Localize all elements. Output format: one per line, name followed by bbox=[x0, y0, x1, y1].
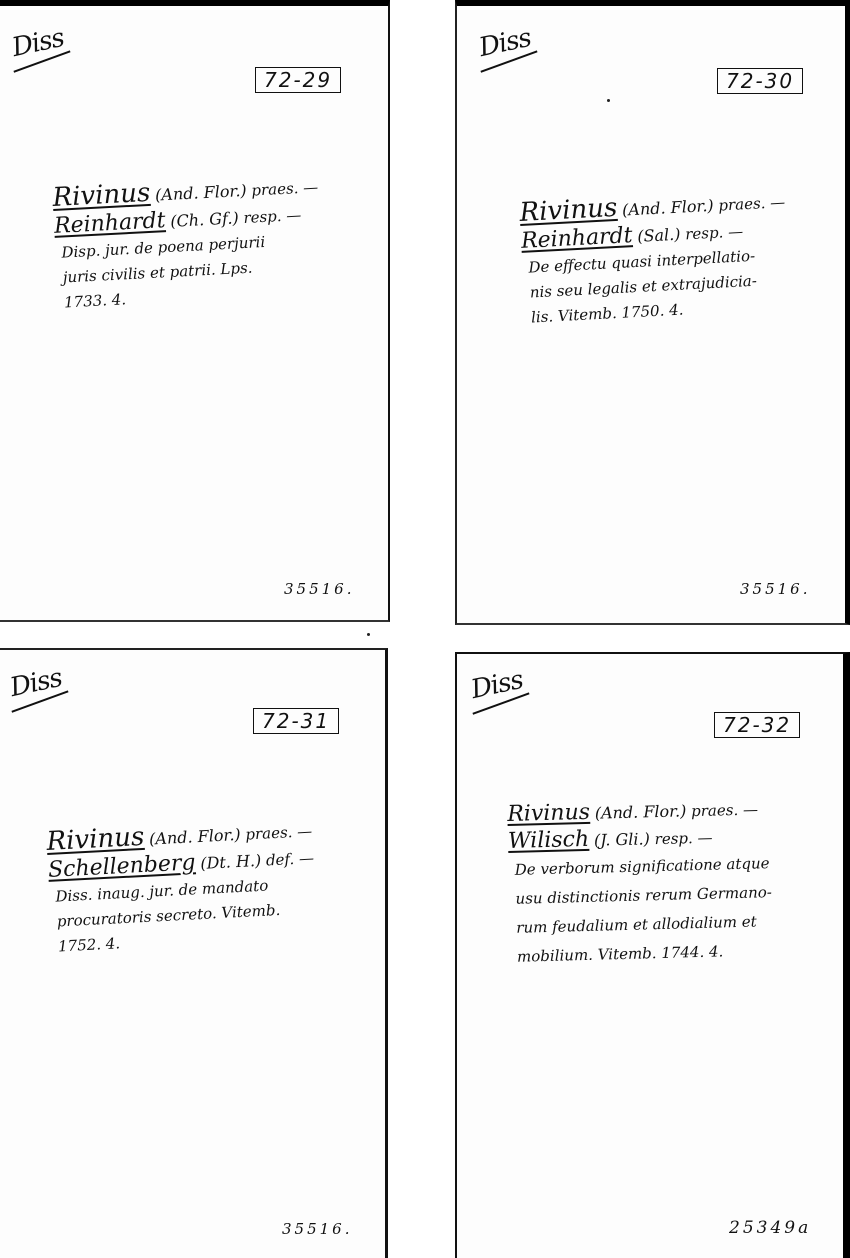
accession-number: 25349a bbox=[729, 1218, 811, 1238]
call-number: 72-30 bbox=[717, 68, 803, 94]
call-number: 72-31 bbox=[253, 708, 339, 734]
respondent-name: Reinhardt bbox=[53, 208, 166, 239]
accession-number: 35516. bbox=[740, 580, 811, 598]
respondent-role: resp. — bbox=[243, 206, 302, 227]
catalog-card-72-29: Diss 72-29 Rivinus (And. Flor.) praes. —… bbox=[0, 0, 390, 622]
respondent-role: resp. — bbox=[654, 829, 712, 849]
respondent-name: Wilisch bbox=[508, 827, 590, 854]
respondent-initials: (Ch. Gf.) bbox=[170, 208, 239, 231]
praeses-name: Rivinus bbox=[46, 822, 145, 857]
accession-number: 35516. bbox=[284, 580, 355, 598]
catalog-entry: Rivinus (And. Flor.) praes. — Wilisch (J… bbox=[507, 795, 774, 972]
scan-speck bbox=[367, 633, 370, 636]
respondent-initials: (Sal.) bbox=[637, 225, 681, 246]
defendant-role: def. — bbox=[265, 849, 314, 869]
praeses-name: Rivinus bbox=[519, 193, 618, 228]
respondent-role: resp. — bbox=[685, 222, 744, 243]
praeses-role: praes. — bbox=[245, 822, 313, 843]
catalog-card-72-30: Diss 72-30 Rivinus (And. Flor.) praes. —… bbox=[455, 0, 850, 625]
defendant-initials: (Dt. H.) bbox=[200, 851, 262, 873]
catalog-entry: Rivinus (And. Flor.) praes. — Reinhardt … bbox=[519, 187, 791, 331]
diss-stamp: Diss bbox=[7, 663, 64, 703]
call-number: 72-29 bbox=[255, 67, 341, 93]
praeses-role: praes. — bbox=[251, 178, 319, 199]
catalog-card-72-32: Diss 72-32 Rivinus (And. Flor.) praes. —… bbox=[455, 652, 850, 1258]
praeses-initials: (And. Flor.) bbox=[595, 801, 687, 822]
diss-stamp: Diss bbox=[476, 23, 533, 63]
praeses-role: praes. — bbox=[691, 800, 758, 820]
respondent-name: Reinhardt bbox=[520, 223, 633, 254]
praeses-initials: (And. Flor.) bbox=[155, 181, 247, 205]
praeses-initials: (And. Flor.) bbox=[149, 825, 241, 849]
praeses-name: Rivinus bbox=[52, 178, 151, 213]
accession-number: 35516. bbox=[282, 1220, 353, 1238]
praeses-initials: (And. Flor.) bbox=[622, 196, 714, 220]
diss-stamp: Diss bbox=[468, 665, 525, 705]
call-number: 72-32 bbox=[714, 712, 800, 738]
catalog-entry: Rivinus (And. Flor.) praes. — Reinhardt … bbox=[52, 172, 324, 316]
respondent-initials: (J. Gli.) bbox=[594, 829, 650, 849]
catalog-entry: Rivinus (And. Flor.) praes. — Schellenbe… bbox=[46, 816, 319, 960]
catalog-card-72-31: Diss 72-31 Rivinus (And. Flor.) praes. —… bbox=[0, 648, 388, 1258]
diss-stamp: Diss bbox=[9, 23, 66, 63]
praeses-role: praes. — bbox=[718, 193, 786, 214]
praeses-name: Rivinus bbox=[507, 800, 590, 827]
title-line: mobilium. Vitemb. 1744. 4. bbox=[511, 936, 774, 972]
scan-speck bbox=[607, 99, 610, 102]
